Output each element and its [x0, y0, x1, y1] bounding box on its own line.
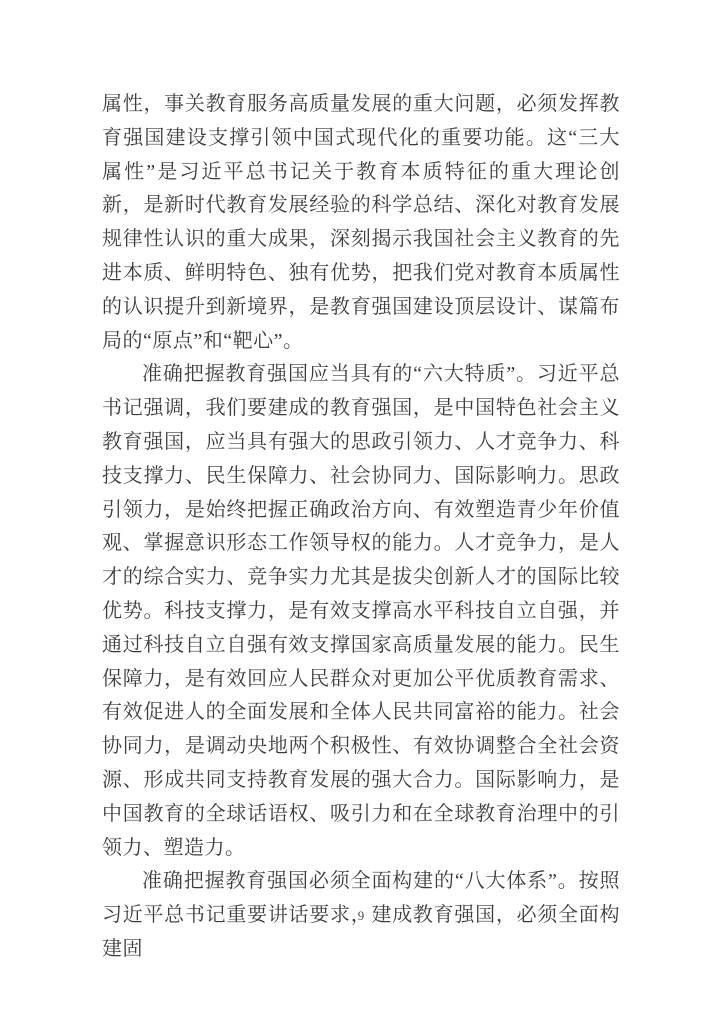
- page-number: 9: [102, 908, 620, 924]
- paragraph-continuation: 属性，事关教育服务高质量发展的重大问题，必须发挥教育强国建设支撑引领中国式现代化…: [102, 88, 620, 358]
- body-text: 属性，事关教育服务高质量发展的重大问题，必须发挥教育强国建设支撑引领中国式现代化…: [102, 88, 620, 967]
- paragraph-six-qualities: 准确把握教育强国应当具有的“六大特质”。习近平总书记强调，我们要建成的教育强国，…: [102, 358, 620, 865]
- document-page: 属性，事关教育服务高质量发展的重大问题，必须发挥教育强国建设支撑引领中国式现代化…: [0, 0, 720, 1018]
